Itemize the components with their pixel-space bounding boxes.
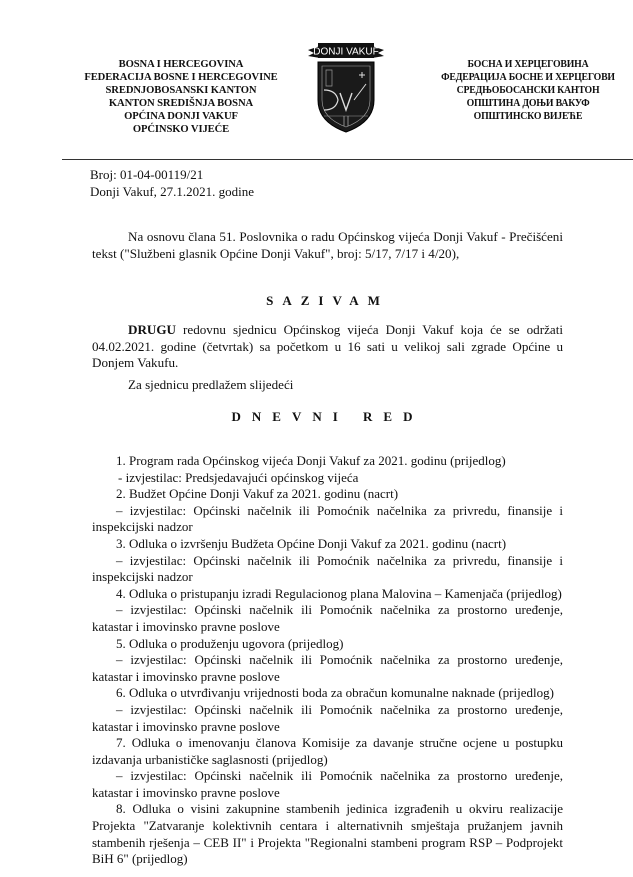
agenda-item-reporter: – izvjestilac: Općinski načelnik ili Pom… (92, 768, 563, 801)
agenda-list: 1. Program rada Općinskog vijeća Donji V… (92, 453, 563, 868)
session-ordinal: DRUGU (128, 322, 176, 337)
agenda-item-reporter: - izvjestilac: Predsjedavajući općinskog… (92, 470, 563, 487)
header-left-latin: BOSNA I HERCEGOVINA FEDERACIJA BOSNE I H… (68, 58, 294, 136)
header-line: СРЕДЊОБОСАНСКИ КАНТОН (430, 84, 626, 97)
header-divider (62, 159, 633, 160)
agenda-item-reporter: – izvjestilac: Općinski načelnik ili Pom… (92, 503, 563, 536)
header-line: OPĆINSKO VIJEĆE (68, 123, 294, 136)
header-line: OPĆINA DONJI VAKUF (68, 110, 294, 123)
header-line: SREDNJOBOSANSKI KANTON (68, 84, 294, 97)
agenda-item-reporter: – izvjestilac: Općinski načelnik ili Pom… (92, 602, 563, 635)
document-meta: Broj: 01-04-00119/21 Donji Vakuf, 27.1.2… (90, 166, 254, 200)
agenda-item-title: 3. Odluka o izvršenju Budžeta Općine Don… (92, 536, 563, 553)
header-line: БОСНА И ХЕРЦЕГОВИНА (430, 58, 626, 71)
header-line: KANTON SREDIŠNJA BOSNA (68, 97, 294, 110)
agenda-item-title: 7. Odluka o imenovanju članova Komisije … (92, 735, 563, 768)
agenda-item-title: 4. Odluka o pristupanju izradi Regulacio… (92, 586, 563, 603)
propose-line: Za sjednicu predlažem slijedeći (92, 377, 563, 394)
agenda-item-reporter: – izvjestilac: Općinski načelnik ili Pom… (92, 702, 563, 735)
agenda-item-title: 8. Odluka o visini zakupnine stambenih j… (92, 801, 563, 867)
document-number: Broj: 01-04-00119/21 (90, 166, 254, 183)
header-right-cyrillic: БОСНА И ХЕРЦЕГОВИНА ФЕДЕРАЦИЈА БОСНЕ И Х… (430, 58, 626, 123)
header-line: ФЕДЕРАЦИЈА БОСНЕ И ХЕРЦЕГОВИ (430, 71, 626, 84)
document-place-date: Donji Vakuf, 27.1.2021. godine (90, 183, 254, 200)
agenda-item-title: 6. Odluka o utvrđivanju vrijednosti boda… (92, 685, 563, 702)
header-line: ОПШТИНА ДОЊИ ВАКУФ (430, 97, 626, 110)
coat-of-arms-icon: DONJI VAKUF (306, 38, 386, 134)
header-line: ОПШТИНСКО ВИЈЕЋЕ (430, 110, 626, 123)
agenda-item-title: 2. Budžet Općine Donji Vakuf za 2021. go… (92, 486, 563, 503)
title-dnevni-red: DNEVNI RED (92, 409, 563, 425)
header-line: BOSNA I HERCEGOVINA (68, 58, 294, 71)
agenda-item-reporter: – izvjestilac: Općinski načelnik ili Pom… (92, 553, 563, 586)
agenda-item-reporter: – izvjestilac: Općinski načelnik ili Pom… (92, 652, 563, 685)
header-line: FEDERACIJA BOSNE I HERCEGOVINE (68, 71, 294, 84)
agenda-item-title: 5. Odluka o produženju ugovora (prijedlo… (92, 636, 563, 653)
legal-basis-paragraph: Na osnovu člana 51. Poslovnika o radu Op… (92, 229, 563, 262)
convocation-paragraph: DRUGU redovnu sjednicu Općinskog vijeća … (92, 322, 563, 372)
agenda-item-title: 1. Program rada Općinskog vijeća Donji V… (92, 453, 563, 470)
svg-text:DONJI VAKUF: DONJI VAKUF (313, 47, 378, 58)
title-sazivam: SAZIVAM (92, 293, 563, 309)
